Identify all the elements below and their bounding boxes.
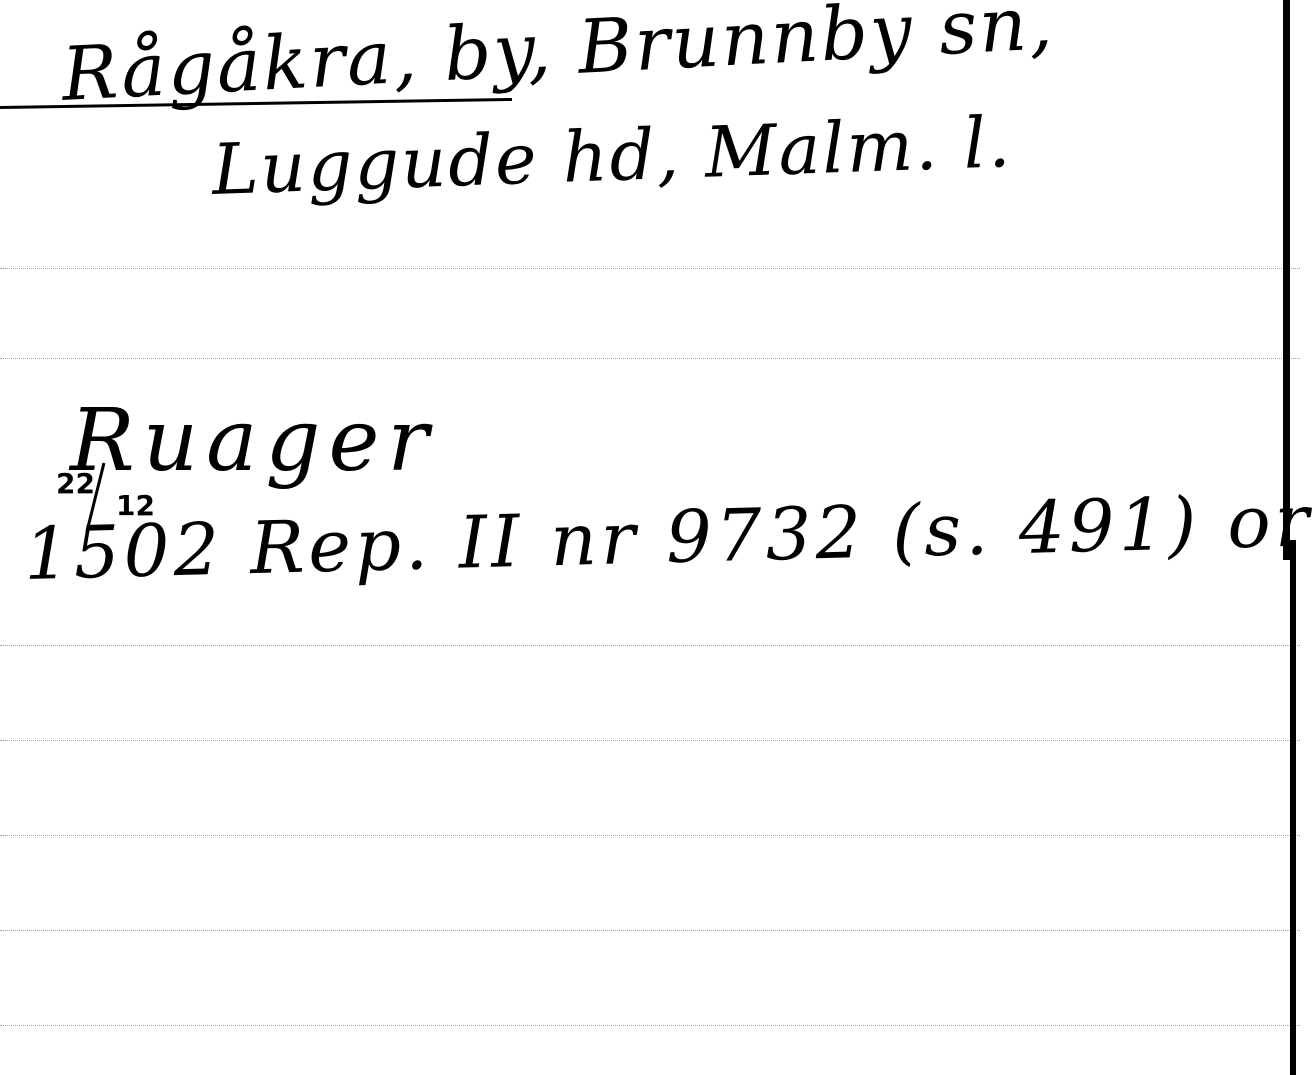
ruling-line <box>0 645 1300 646</box>
parish-info: , by, Brunnby sn, <box>391 0 1057 101</box>
card-edge <box>1283 0 1290 560</box>
heading-line-1: Rågåkra, by, Brunnby sn, <box>60 0 1056 112</box>
ruling-line <box>0 930 1300 931</box>
ruling-line <box>0 358 1300 359</box>
ruling-line <box>0 1025 1300 1026</box>
ruling-line <box>0 268 1300 269</box>
card-edge <box>1290 540 1296 1075</box>
entry-citation: 1502 Rep. II nr 9732 (s. 491) orig. <box>23 482 1314 590</box>
entry-name-form: Ruager <box>70 398 436 484</box>
ruling-line <box>0 740 1300 741</box>
ruling-line <box>0 835 1300 836</box>
heading-line-2: Luggude hd, Malm. l. <box>211 107 1013 205</box>
date-day: 22 <box>56 470 95 498</box>
index-card: Rågåkra, by, Brunnby sn, Luggude hd, Mal… <box>0 0 1314 1075</box>
